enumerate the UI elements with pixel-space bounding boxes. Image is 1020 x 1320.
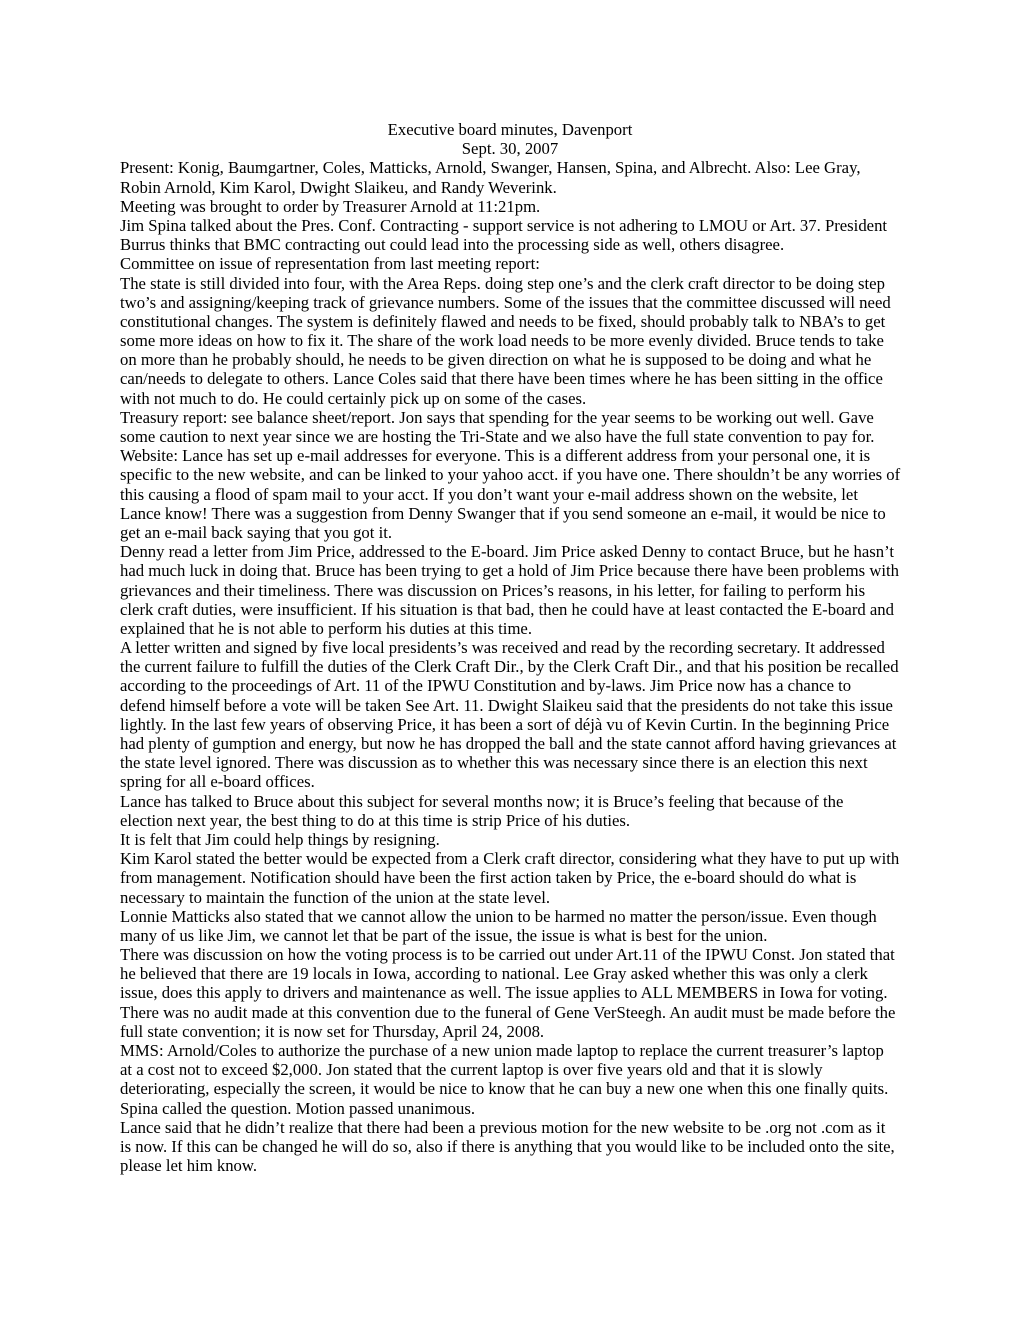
doc-line: Treasury report: see balance sheet/repor… <box>120 408 900 427</box>
doc-paragraph: Treasury report: see balance sheet/repor… <box>120 408 900 446</box>
doc-paragraph: Lance said that he didn’t realize that t… <box>120 1118 900 1176</box>
doc-title: Executive board minutes, Davenport <box>120 120 900 139</box>
doc-line: defend himself before a vote will be tak… <box>120 696 900 715</box>
doc-line: necessary to maintain the function of th… <box>120 888 900 907</box>
doc-paragraph: Kim Karol stated the better would be exp… <box>120 849 900 907</box>
doc-line: many of us like Jim, we cannot let that … <box>120 926 900 945</box>
doc-line: Jim Spina talked about the Pres. Conf. C… <box>120 216 900 235</box>
doc-line: Committee on issue of representation fro… <box>120 254 900 273</box>
doc-paragraph: Committee on issue of representation fro… <box>120 254 900 273</box>
doc-line: It is felt that Jim could help things by… <box>120 830 900 849</box>
doc-paragraph: Website: Lance has set up e-mail address… <box>120 446 900 542</box>
doc-line: Lance has talked to Bruce about this sub… <box>120 792 900 811</box>
doc-paragraph: Present: Konig, Baumgartner, Coles, Matt… <box>120 158 900 196</box>
doc-paragraph: Jim Spina talked about the Pres. Conf. C… <box>120 216 900 254</box>
doc-line: according to the proceedings of Art. 11 … <box>120 676 900 695</box>
doc-line: spring for all e-board offices. <box>120 772 900 791</box>
doc-line: Meeting was brought to order by Treasure… <box>120 197 900 216</box>
doc-line: deteriorating, especially the screen, it… <box>120 1079 900 1098</box>
doc-line: Robin Arnold, Kim Karol, Dwight Slaikeu,… <box>120 178 900 197</box>
doc-line: get an e-mail back saying that you got i… <box>120 523 900 542</box>
doc-line: please let him know. <box>120 1156 900 1175</box>
doc-line: the current failure to fulfill the dutie… <box>120 657 900 676</box>
doc-line: MMS: Arnold/Coles to authorize the purch… <box>120 1041 900 1060</box>
doc-line: A letter written and signed by five loca… <box>120 638 900 657</box>
doc-line: can/needs to delegate to others. Lance C… <box>120 369 900 388</box>
doc-line: grievances and their timeliness. There w… <box>120 581 900 600</box>
doc-line: There was discussion on how the voting p… <box>120 945 900 964</box>
doc-line: explained that he is not able to perform… <box>120 619 900 638</box>
doc-paragraph: Denny read a letter from Jim Price, addr… <box>120 542 900 638</box>
doc-paragraph: Lonnie Matticks also stated that we cann… <box>120 907 900 945</box>
doc-line: two’s and assigning/keeping track of gri… <box>120 293 900 312</box>
doc-line: Denny read a letter from Jim Price, addr… <box>120 542 900 561</box>
doc-line: had plenty of gumption and energy, but n… <box>120 734 900 753</box>
doc-line: he believed that there are 19 locals in … <box>120 964 900 983</box>
doc-paragraph: There was discussion on how the voting p… <box>120 945 900 1003</box>
doc-line: Website: Lance has set up e-mail address… <box>120 446 900 465</box>
doc-line: specific to the new website, and can be … <box>120 465 900 484</box>
doc-line: Lance know! There was a suggestion from … <box>120 504 900 523</box>
document-page: Executive board minutes, Davenport Sept.… <box>0 0 1020 1320</box>
document-body: Executive board minutes, Davenport Sept.… <box>120 120 900 1175</box>
doc-line: Spina called the question. Motion passed… <box>120 1099 900 1118</box>
doc-paragraph: There was no audit made at this conventi… <box>120 1003 900 1041</box>
doc-line: Kim Karol stated the better would be exp… <box>120 849 900 868</box>
doc-line: on more than he probably should, he need… <box>120 350 900 369</box>
doc-paragraph: Meeting was brought to order by Treasure… <box>120 197 900 216</box>
doc-line: had much luck in doing that. Bruce has b… <box>120 561 900 580</box>
doc-paragraph: It is felt that Jim could help things by… <box>120 830 900 849</box>
doc-line: some more ideas on how to fix it. The sh… <box>120 331 900 350</box>
doc-line: Present: Konig, Baumgartner, Coles, Matt… <box>120 158 900 177</box>
doc-paragraph: Lance has talked to Bruce about this sub… <box>120 792 900 830</box>
doc-line: clerk craft duties, were insufficient. I… <box>120 600 900 619</box>
doc-date: Sept. 30, 2007 <box>120 139 900 158</box>
doc-line: with not much to do. He could certainly … <box>120 389 900 408</box>
doc-paragraph: A letter written and signed by five loca… <box>120 638 900 792</box>
doc-line: is now. If this can be changed he will d… <box>120 1137 900 1156</box>
doc-line: full state convention; it is now set for… <box>120 1022 900 1041</box>
doc-line: Lance said that he didn’t realize that t… <box>120 1118 900 1137</box>
doc-line: There was no audit made at this conventi… <box>120 1003 900 1022</box>
doc-line: issue, does this apply to drivers and ma… <box>120 983 900 1002</box>
doc-line: from management. Notification should hav… <box>120 868 900 887</box>
doc-line: The state is still divided into four, wi… <box>120 274 900 293</box>
doc-line: at a cost not to exceed $2,000. Jon stat… <box>120 1060 900 1079</box>
doc-line: constitutional changes. The system is de… <box>120 312 900 331</box>
doc-line: Burrus thinks that BMC contracting out c… <box>120 235 900 254</box>
doc-line: lightly. In the last few years of observ… <box>120 715 900 734</box>
doc-line: this causing a flood of spam mail to you… <box>120 485 900 504</box>
doc-paragraph: The state is still divided into four, wi… <box>120 274 900 408</box>
doc-paragraphs: Present: Konig, Baumgartner, Coles, Matt… <box>120 158 900 1175</box>
doc-line: election next year, the best thing to do… <box>120 811 900 830</box>
doc-line: Lonnie Matticks also stated that we cann… <box>120 907 900 926</box>
doc-line: some caution to next year since we are h… <box>120 427 900 446</box>
doc-line: the state level ignored. There was discu… <box>120 753 900 772</box>
doc-paragraph: MMS: Arnold/Coles to authorize the purch… <box>120 1041 900 1118</box>
